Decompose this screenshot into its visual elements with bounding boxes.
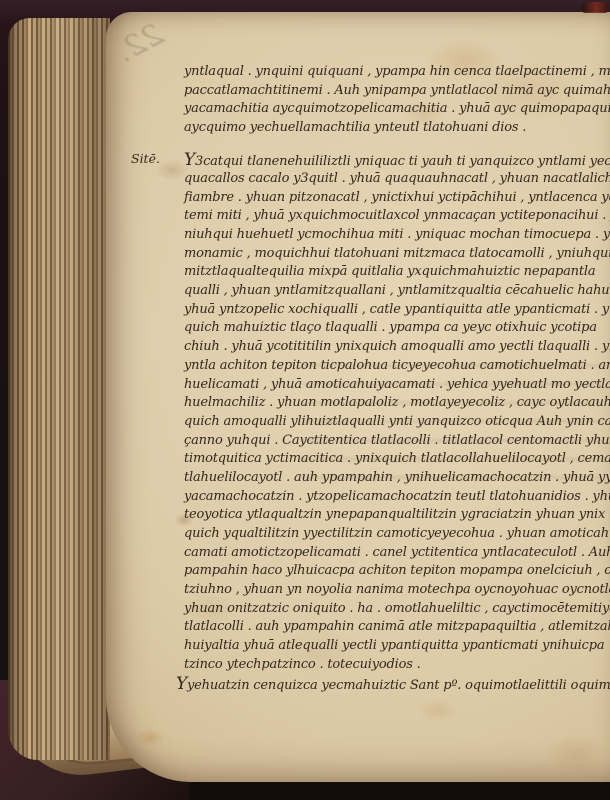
manuscript-line: quich amoqualli ylihuiztlaqualli ynti ya…	[184, 413, 610, 432]
manuscript-line: qualli , yhuan yntlamitzquallani , yntla…	[184, 282, 610, 301]
manuscript-line: mitztlaqualtequilia mixpā quitlalia yxqu…	[184, 263, 610, 282]
manuscript-line: yhuā yntzopelic xochiqualli , catle ypan…	[184, 301, 610, 320]
manuscript-line: tlahuelilocayotl . auh ypampahin , ynihu…	[184, 469, 610, 488]
manuscript-line: camati amotictzopelicamati . canel yctit…	[184, 544, 610, 563]
manuscript-line: yntlaqual . ynquini quiquani , ypampa hi…	[184, 63, 610, 82]
manuscript-line: tziuhno , yhuan yn noyolia nanima motech…	[184, 581, 610, 600]
manuscript-line: timotquitica yctimacitica . ynixquich tl…	[184, 450, 610, 469]
manuscript-line: quich yqualtilitzin yyectilitzin camotic…	[184, 525, 610, 544]
manuscript-line: huiyaltia yhuā atlequalli yectli ypantiq…	[184, 637, 610, 656]
manuscript-text: yntlaqual . ynquini quiquani , ypampa hi…	[184, 63, 610, 693]
binding-band-fragment	[582, 2, 608, 13]
manuscript-line: pampahin haco ylhuicacpa achiton tepiton…	[184, 562, 610, 581]
manuscript-line: yacamachitia aycquimotzopelicamachitia .…	[184, 100, 610, 119]
manuscript-line: temi miti , yhuā yxquichmocuitlaxcol ynm…	[184, 207, 610, 226]
manuscript-line: tzinco ytechpatzinco . totecuiyodios .	[184, 656, 610, 675]
manuscript-line: çanno yuhqui . Cayctitentica tlatlacolli…	[184, 432, 610, 451]
manuscript-photo: 22. Sitē. yntlaqual . ynquini quiquani ,…	[0, 0, 610, 800]
book-fore-edge	[8, 18, 110, 760]
manuscript-line: quacallos cacalo y3quitl . yhuā quaquauh…	[184, 170, 610, 189]
manuscript-line: Y3catqui tlanenehuililiztli yniquac ti y…	[184, 151, 610, 170]
manuscript-line: huelicamati , yhuā amoticahuiyacamati . …	[184, 376, 610, 395]
manuscript-line: huelmachiliz . yhuan motlapaloliz , motl…	[184, 394, 610, 413]
manuscript-line: fiambre . yhuan pitzonacatl , ynictixhui…	[184, 189, 610, 208]
paragraph-3: Yyehuatzin cenquizca yecmahuiztic Sant p…	[176, 675, 610, 694]
margin-note: Sitē.	[131, 151, 160, 166]
manuscript-line: yntla achiton tepiton ticpalohua ticyeye…	[184, 357, 610, 376]
paragraph-2: Y3catqui tlanenehuililiztli yniquac ti y…	[184, 151, 610, 674]
manuscript-line: yhuan onitzatzic oniquito . ha . omotlah…	[184, 600, 610, 619]
manuscript-line: tlatlacolli . auh ypampahin canimā atle …	[184, 618, 610, 637]
manuscript-line: paccatlamachtitinemi . Auh ynipampa yntl…	[184, 82, 610, 101]
paragraph-1: yntlaqual . ynquini quiquani , ypampa hi…	[184, 63, 610, 138]
manuscript-line: aycquimo yechuellamachtilia ynteutl tlat…	[184, 119, 610, 138]
manuscript-line: teoyotica ytlaqualtzin ynepapanqualtilit…	[184, 506, 610, 525]
manuscript-line: quich mahuiztic tlaço tlaqualli . ypampa…	[184, 319, 610, 338]
manuscript-line: niuhqui huehuetl ycmochihua miti . yniqu…	[184, 226, 610, 245]
manuscript-line: chiuh . yhuā ycotititilin ynixquich amoq…	[184, 338, 610, 357]
manuscript-line: Yyehuatzin cenquizca yecmahuiztic Sant p…	[176, 675, 610, 694]
manuscript-line: yacamachocatzin . ytzopelicamachocatzin …	[184, 488, 610, 507]
manuscript-line: monamic , moquichhui tlatohuani mitzmaca…	[184, 245, 610, 264]
